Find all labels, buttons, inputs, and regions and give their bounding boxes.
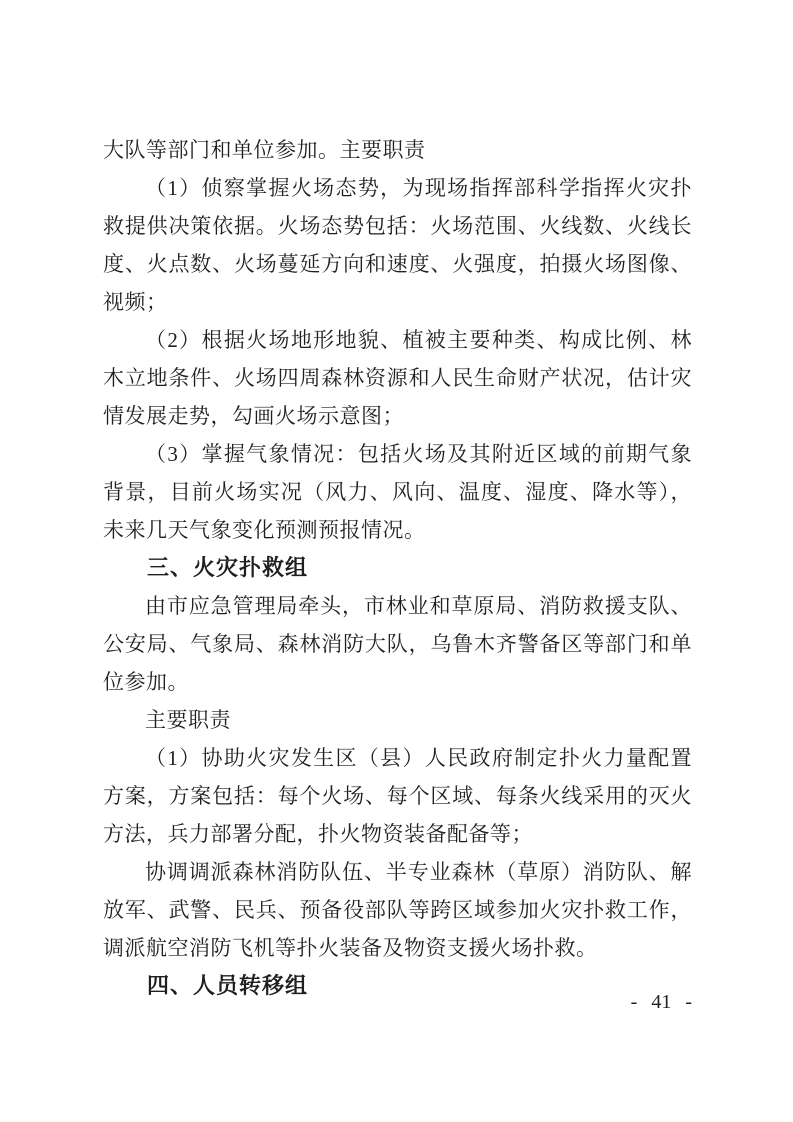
paragraph-duty-3: （3）掌握气象情况：包括火场及其附近区域的前期气象背景，目前火场实况（风力、风向… <box>103 435 692 549</box>
paragraph-continuation: 大队等部门和单位参加。主要职责 <box>103 131 692 169</box>
paragraph-duty-1: （1）侦察掌握火场态势，为现场指挥部科学指挥火灾扑救提供决策依据。火场态势包括：… <box>103 169 692 321</box>
paragraph-main-duties-label: 主要职责 <box>103 701 692 739</box>
paragraph-group-members: 由市应急管理局牵头，市林业和草原局、消防救援支队、公安局、气象局、森林消防大队，… <box>103 587 692 701</box>
paragraph-rescue-duty-2: 协调调派森林消防队伍、半专业森林（草原）消防队、解放军、武警、民兵、预备役部队等… <box>103 853 692 967</box>
document-page: 大队等部门和单位参加。主要职责 （1）侦察掌握火场态势，为现场指挥部科学指挥火灾… <box>0 0 793 1122</box>
paragraph-rescue-duty-1: （1）协助火灾发生区（县）人民政府制定扑火力量配置方案，方案包括：每个火场、每个… <box>103 739 692 853</box>
section-heading-fire-rescue-group: 三、火灾扑救组 <box>103 549 692 587</box>
paragraph-duty-2: （2）根据火场地形地貌、植被主要种类、构成比例、林木立地条件、火场四周森林资源和… <box>103 321 692 435</box>
document-body: 大队等部门和单位参加。主要职责 （1）侦察掌握火场态势，为现场指挥部科学指挥火灾… <box>103 131 692 1005</box>
page-number: - 41 - <box>103 990 692 1014</box>
